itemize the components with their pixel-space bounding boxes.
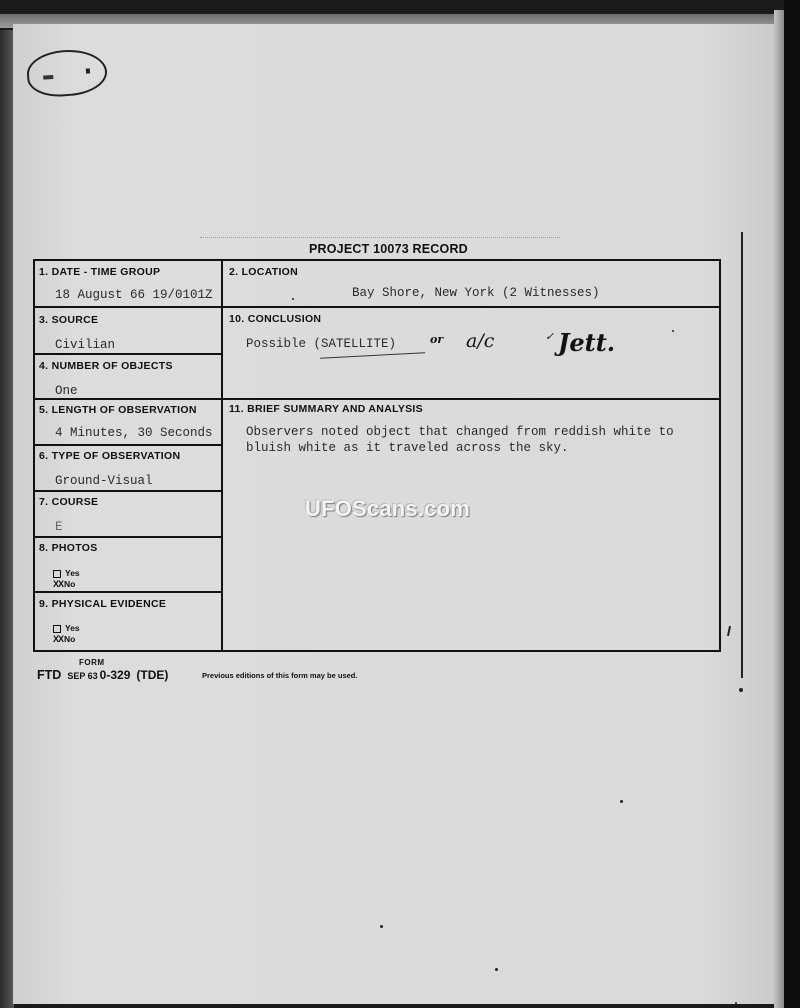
scan-right-edge [784, 0, 800, 1008]
row-divider [34, 444, 222, 446]
physical-evidence-no-checkbox[interactable]: XXNo [53, 634, 75, 644]
footer-tde: (TDE) [136, 668, 168, 682]
course-value: E [55, 520, 63, 534]
handwritten-or: or [430, 333, 443, 346]
footer-note: Previous editions of this form may be us… [202, 671, 357, 680]
handwritten-aircraft: a/c [466, 330, 494, 352]
row-divider [222, 306, 721, 308]
location-label: 2. LOCATION [229, 266, 298, 278]
checkbox-empty-icon [53, 625, 61, 633]
physical-evidence-yes-checkbox[interactable]: Yes [53, 623, 80, 633]
photos-yes-checkbox[interactable]: Yes [53, 568, 80, 578]
scan-speck [380, 925, 383, 928]
checkbox-crossed-icon: XX [53, 634, 63, 644]
date-time-group-label: 1. DATE - TIME GROUP [39, 266, 160, 278]
source-value: Civilian [55, 338, 115, 352]
scan-speck [620, 800, 623, 803]
scan-right-shade [774, 10, 784, 1008]
scan-speck [495, 968, 498, 971]
summary-text: Observers noted object that changed from… [246, 424, 706, 456]
photos-label: 8. PHOTOS [39, 542, 98, 554]
type-of-observation-label: 6. TYPE OF OBSERVATION [39, 450, 180, 462]
footer-ftd: FTD [37, 668, 61, 682]
footer-form-id: FTDSEP 630-329(TDE) [37, 668, 168, 682]
row-divider [34, 353, 222, 355]
number-of-objects-label: 4. NUMBER OF OBJECTS [39, 360, 173, 372]
watermark: UFOScans.com [305, 496, 470, 522]
handwritten-check-icon: ✓ [545, 330, 554, 343]
handwritten-initials: Jett. [558, 328, 615, 357]
course-label: 7. COURSE [39, 496, 98, 508]
summary-label: 11. BRIEF SUMMARY AND ANALYSIS [229, 403, 423, 415]
page-title: PROJECT 10073 RECORD [309, 242, 468, 256]
row-divider [34, 591, 222, 593]
margin-rule [741, 232, 743, 678]
checkbox-crossed-icon: XX [53, 579, 63, 589]
location-value: Bay Shore, New York (2 Witnesses) [352, 286, 600, 300]
footer-form-number: 0-329 [100, 668, 131, 682]
scan-speck [672, 330, 674, 332]
row-divider [222, 398, 721, 400]
date-time-group-value: 18 August 66 19/0101Z [55, 288, 213, 302]
footer-date: SEP 63 [67, 671, 97, 681]
scan-speck [292, 298, 294, 300]
source-label: 3. SOURCE [39, 314, 98, 326]
conclusion-value: Possible (SATELLITE) [246, 337, 396, 351]
length-of-observation-label: 5. LENGTH OF OBSERVATION [39, 404, 197, 416]
checkbox-empty-icon [53, 570, 61, 578]
footer-form-label: FORM [79, 658, 105, 667]
row-divider [34, 490, 222, 492]
row-divider [34, 536, 222, 538]
scan-speck [735, 1002, 737, 1004]
title-dotted-line [200, 237, 560, 238]
type-of-observation-value: Ground-Visual [55, 474, 153, 488]
row-divider [34, 398, 222, 400]
number-of-objects-value: One [55, 384, 78, 398]
scan-left-edge [0, 30, 14, 1008]
length-of-observation-value: 4 Minutes, 30 Seconds [55, 426, 213, 440]
row-divider [34, 306, 222, 308]
physical-evidence-label: 9. PHYSICAL EVIDENCE [39, 598, 166, 610]
conclusion-label: 10. CONCLUSION [229, 313, 321, 325]
photos-no-checkbox[interactable]: XXNo [53, 579, 75, 589]
margin-dot [739, 688, 743, 692]
